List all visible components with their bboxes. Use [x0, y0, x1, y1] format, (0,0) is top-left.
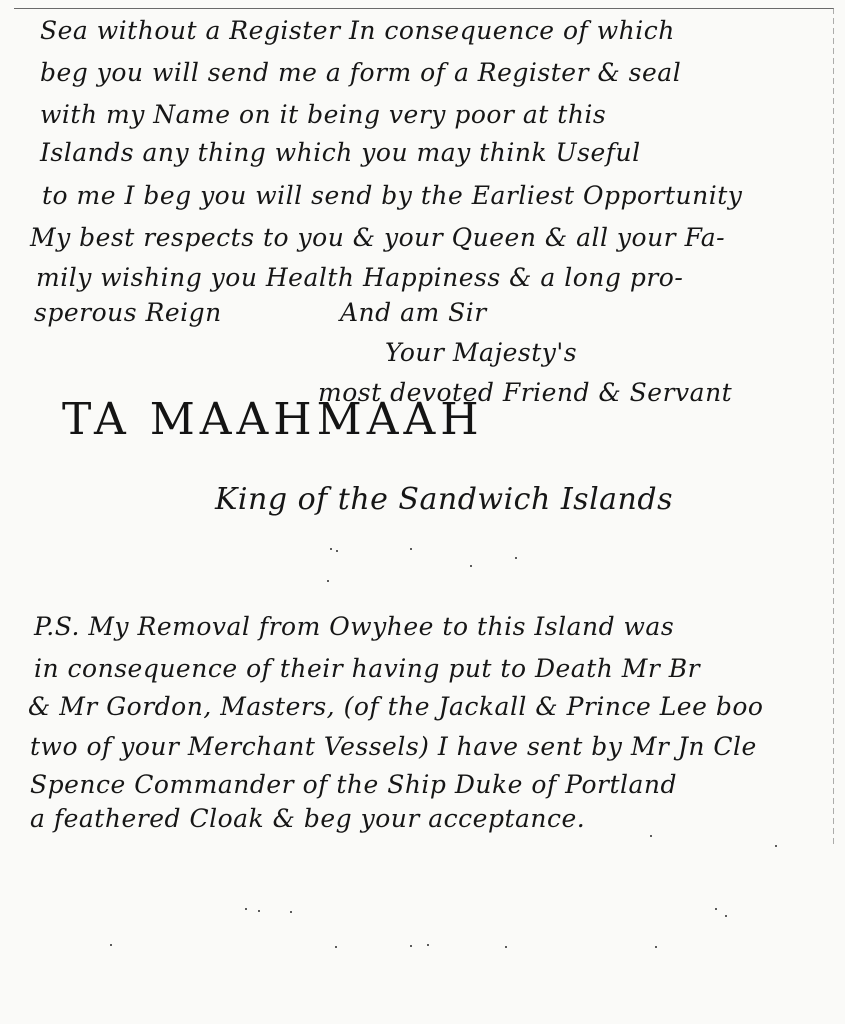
body-line: Islands any thing which you may think Us… [40, 140, 641, 165]
postscript-line: in consequence of their having put to De… [34, 656, 700, 681]
signature-name: TA MAAHMAAH [62, 398, 484, 442]
postscript-line: & Mr Gordon, Masters, (of the Jackall & … [28, 694, 763, 719]
postscript-line: P.S. My Removal from Owyhee to this Isla… [34, 614, 674, 639]
signature-title: King of the Sandwich Islands [215, 485, 673, 515]
body-line: mily wishing you Health Happiness & a lo… [36, 265, 683, 290]
closing-line: Your Majesty's [385, 340, 577, 365]
body-line: to me I beg you will send by the Earlies… [42, 183, 742, 208]
body-line: Sea without a Register In consequence of… [40, 18, 675, 43]
postscript-line: a feathered Cloak & beg your acceptance. [30, 806, 585, 831]
right-border-line [833, 8, 834, 848]
body-line: My best respects to you & your Queen & a… [30, 225, 725, 250]
letter-page: Sea without a Register In consequence of… [0, 0, 845, 1024]
closing-line: And am Sir [340, 300, 487, 325]
postscript-line: two of your Merchant Vessels) I have sen… [30, 734, 757, 759]
top-border-line [14, 8, 834, 9]
body-line: with my Name on it being very poor at th… [40, 102, 606, 127]
postscript-line: Spence Commander of the Ship Duke of Por… [30, 772, 677, 797]
body-line: sperous Reign [34, 300, 222, 325]
body-line: beg you will send me a form of a Registe… [40, 60, 681, 85]
